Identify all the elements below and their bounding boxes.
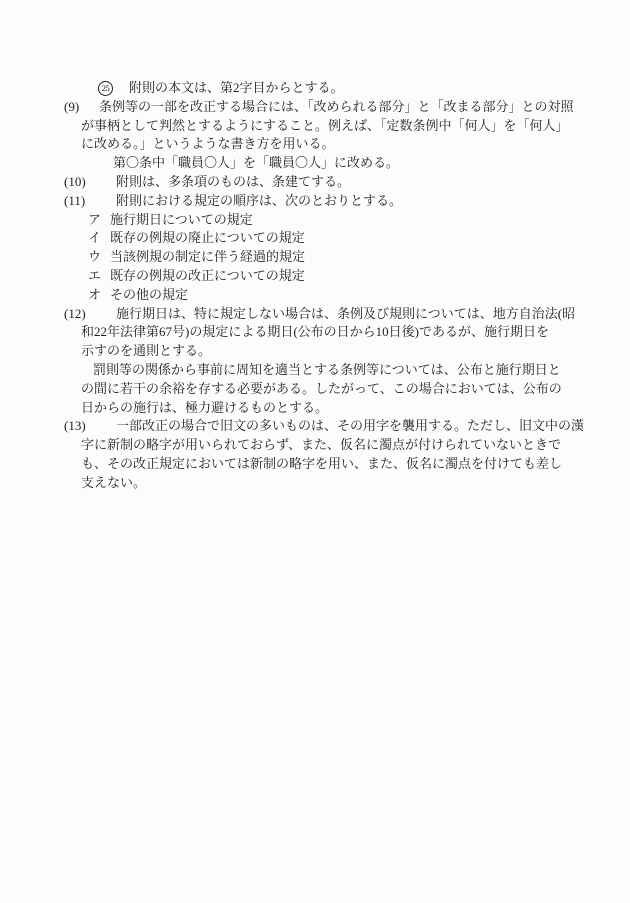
item-number: (11) [64,191,85,210]
line-text: 施行期日は、特に規定しない場合は、条例及び規則については、地方自治法(昭 [116,304,575,323]
item-number: オ [88,285,101,304]
line-text: 字に新制の略字が用いられておらず、また、仮名に濁点が付けられていないときで [81,435,561,454]
text-line: (10)附則は、多条項のものは、条建てする。 [0,172,630,191]
text-line: 第〇条中「職員〇人」を「職員〇人」に改める。 [0,153,630,172]
line-text: その他の規定 [110,285,188,304]
text-line: (11)附則における規定の順序は、次のとおりとする。 [0,191,630,210]
text-line: エ既存の例規の改正についての規定 [0,266,630,285]
text-line: が事柄として判然とするようにすること。例えば、「定数条例中「何人」を「何人」 [0,116,630,135]
text-line: (13)一部改正の場合で旧文の多いものは、その用字を襲用する。ただし、旧文中の漢 [0,416,630,435]
text-line: (9)条例等の一部を改正する場合には、「改められる部分」と「改まる部分」との対照 [0,97,630,116]
text-line: イ既存の例規の廃止についての規定 [0,228,630,247]
item-number: ウ [88,247,101,266]
text-line: 支えない。 [0,473,630,492]
line-text: 附則の本文は、第2字目からとする。 [129,78,344,97]
line-text: 既存の例規の廃止についての規定 [110,228,305,247]
document-page: 25附則の本文は、第2字目からとする。(9)条例等の一部を改正する場合には、「改… [0,0,630,903]
item-number: イ [88,228,101,247]
line-text: 附則は、多条項のものは、条建てする。 [116,172,350,191]
text-line: 罰則等の関係から事前に周知を適当とする条例等については、公布と施行期日と [0,360,630,379]
item-number: エ [88,266,101,285]
line-text: 和22年法律第67号)の規定による期日(公布の日から10日後)であるが、施行期日… [81,322,549,341]
line-text: 既存の例規の改正についての規定 [110,266,305,285]
line-text: 附則における規定の順序は、次のとおりとする。 [116,191,402,210]
line-text: に改める。」というような書き方を用いる。 [81,134,335,153]
item-number: ア [88,210,101,229]
circled-item-number: 25 [98,81,113,96]
item-number: (12) [64,304,86,323]
line-text: 示すのを通則とする。 [81,341,211,360]
line-text: も、その改正規定においては新制の略字を用い、また、仮名に濁点を付けても差し [81,454,562,473]
text-line: ウ当該例規の制定に伴う経過的規定 [0,247,630,266]
item-number: (13) [64,416,86,435]
line-text: 施行期日についての規定 [110,210,253,229]
text-line: も、その改正規定においては新制の略字を用い、また、仮名に濁点を付けても差し [0,454,630,473]
line-text: 日からの施行は、極力避けるものとする。 [81,398,328,417]
item-number: (9) [64,97,79,116]
line-text: 罰則等の関係から事前に周知を適当とする条例等については、公布と施行期日と [93,360,561,379]
text-line: 25附則の本文は、第2字目からとする。 [0,78,630,97]
line-text: 条例等の一部を改正する場合には、「改められる部分」と「改まる部分」との対照 [99,97,574,116]
text-line: 示すのを通則とする。 [0,341,630,360]
text-line: 和22年法律第67号)の規定による期日(公布の日から10日後)であるが、施行期日… [0,322,630,341]
text-line: ア施行期日についての規定 [0,210,630,229]
text-line: オその他の規定 [0,285,630,304]
line-text: 当該例規の制定に伴う経過的規定 [110,247,305,266]
item-number: (10) [64,172,86,191]
line-text: の間に若干の余裕を存する必要がある。したがって、この場合においては、公布の [81,379,562,398]
line-text: 支えない。 [81,473,146,492]
text-line: (12)施行期日は、特に規定しない場合は、条例及び規則については、地方自治法(昭 [0,304,630,323]
text-block: 25附則の本文は、第2字目からとする。(9)条例等の一部を改正する場合には、「改… [0,0,630,903]
text-line: の間に若干の余裕を存する必要がある。したがって、この場合においては、公布の [0,379,630,398]
line-text: が事柄として判然とするようにすること。例えば、「定数条例中「何人」を「何人」 [81,116,569,135]
text-line: 字に新制の略字が用いられておらず、また、仮名に濁点が付けられていないときで [0,435,630,454]
text-line: 日からの施行は、極力避けるものとする。 [0,398,630,417]
line-text: 第〇条中「職員〇人」を「職員〇人」に改める。 [113,153,399,172]
line-text: 一部改正の場合で旧文の多いものは、その用字を襲用する。ただし、旧文中の漢 [116,416,584,435]
text-line: に改める。」というような書き方を用いる。 [0,134,630,153]
